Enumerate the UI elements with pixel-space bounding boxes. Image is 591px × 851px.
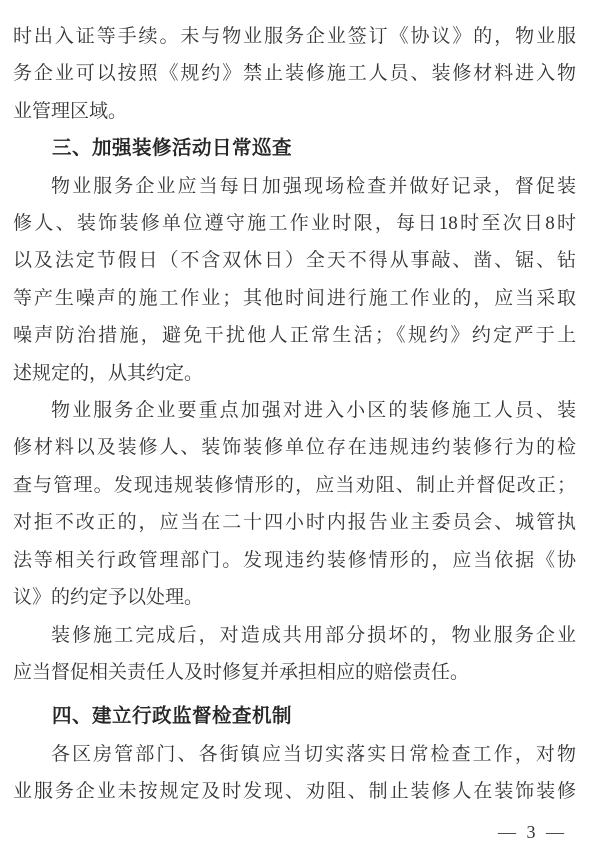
text-line: 装修施工完成后，对造成共用部分损坏的，物业服务企业 (13, 617, 576, 654)
text-line: 各区房管部门、各街镇应当切实落实日常检查工作，对物 (13, 736, 576, 773)
paragraph: 物业服务企业应当每日加强现场检查并做好记录，督促装修人、装饰装修单位遵守施工作业… (13, 168, 576, 392)
document-page: 时出入证等手续。未与物业服务企业签订《协议》的，物业服务企业可以按照《规约》禁止… (0, 0, 591, 851)
text-line: 等产生噪声的施工作业；其他时间进行施工作业的，应当采取 (13, 280, 576, 317)
text-line: 法等相关行政管理部门。发现违约装修情形的，应当依据《协 (13, 542, 576, 579)
text-line: 物业服务企业要重点加强对进入小区的装修施工人员、装 (13, 392, 576, 429)
paragraph: 时出入证等手续。未与物业服务企业签订《协议》的，物业服务企业可以按照《规约》禁止… (13, 18, 576, 130)
paragraph: 各区房管部门、各街镇应当切实落实日常检查工作，对物业服务企业未按规定及时发现、劝… (13, 736, 576, 811)
text-line: 查与管理。发现违规装修情形的，应当劝阻、制止并督促改正； (13, 467, 576, 504)
document-body: 时出入证等手续。未与物业服务企业签订《协议》的，物业服务企业可以按照《规约》禁止… (13, 18, 576, 811)
text-line: 应当督促相关责任人及时修复并承担相应的赔偿责任。 (13, 654, 576, 691)
text-line: 述规定的，从其约定。 (13, 355, 576, 392)
paragraph: 物业服务企业要重点加强对进入小区的装修施工人员、装修材料以及装修人、装饰装修单位… (13, 392, 576, 616)
text-line: 噪声防治措施，避免干扰他人正常生活；《规约》约定严于上 (13, 317, 576, 354)
text-line: 修人、装饰装修单位遵守施工作业时限，每日18时至次日8时 (13, 205, 576, 242)
text-line: 业服务企业未按规定及时发现、劝阻、制止装修人在装饰装修 (13, 773, 576, 810)
text-line: 业管理区域。 (13, 93, 576, 130)
section-heading: 四、建立行政监督检查机制 (13, 698, 576, 735)
text-line: 时出入证等手续。未与物业服务企业签订《协议》的，物业服 (13, 18, 576, 55)
text-line: 议》的约定予以处理。 (13, 579, 576, 616)
text-line: 以及法定节假日（不含双休日）全天不得从事敲、凿、锯、钻 (13, 242, 576, 279)
text-line: 修材料以及装修人、装饰装修单位存在违规违约装修行为的检 (13, 429, 576, 466)
text-line: 对拒不改正的，应当在二十四小时内报告业主委员会、城管执 (13, 504, 576, 541)
text-line: 务企业可以按照《规约》禁止装修施工人员、装修材料进入物 (13, 55, 576, 92)
text-line: 物业服务企业应当每日加强现场检查并做好记录，督促装 (13, 168, 576, 205)
section-heading: 三、加强装修活动日常巡查 (13, 130, 576, 167)
page-number: — 3 — (498, 814, 567, 851)
paragraph: 装修施工完成后，对造成共用部分损坏的，物业服务企业应当督促相关责任人及时修复并承… (13, 617, 576, 692)
